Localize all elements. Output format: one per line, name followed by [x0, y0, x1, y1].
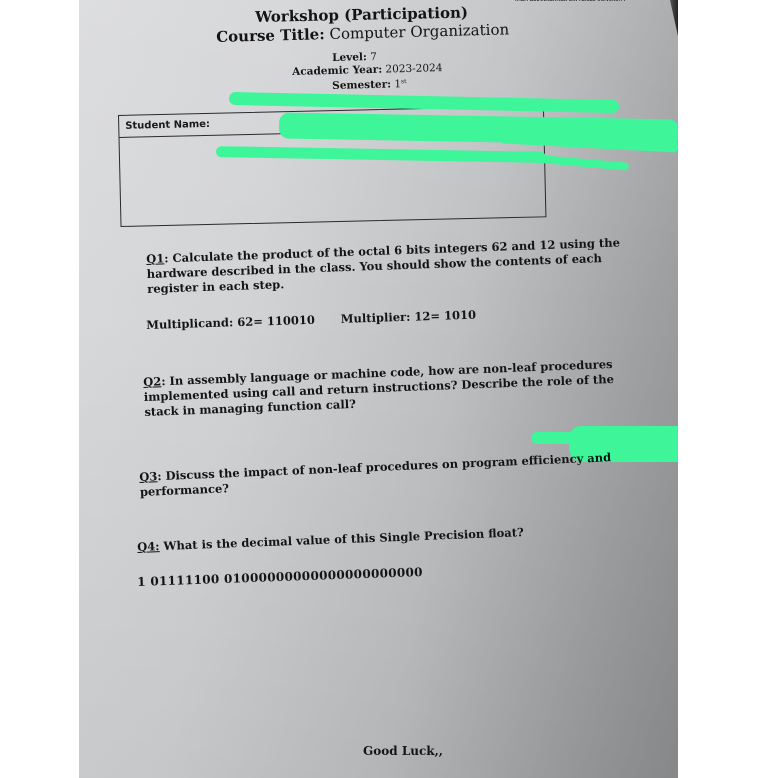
- course-value: Computer Organization: [329, 20, 509, 43]
- exam-paper: IMAM ABDULRAHMAN BIN FAISAL UNIVERSITY W…: [79, 0, 678, 778]
- question-2: Q2: In assembly language or machine code…: [143, 357, 615, 420]
- semester-label: Semester:: [332, 78, 391, 92]
- level-value: 7: [370, 51, 377, 63]
- question-number: Q4:: [137, 539, 160, 554]
- q1-operands: Multiplicand: 62= 110010Multiplier: 12= …: [146, 308, 476, 332]
- semester-suffix: st: [401, 78, 407, 85]
- question-number: Q3: [139, 469, 158, 484]
- question-number: Q1: [146, 251, 165, 266]
- question-4: Q4: What is the decimal value of this Si…: [137, 525, 524, 555]
- multiplicand: Multiplicand: 62= 110010: [146, 313, 315, 332]
- question-3: Q3: Discuss the impact of non-leaf proce…: [139, 450, 612, 500]
- float-bit-pattern: 1 01111100 01000000000000000000000: [137, 565, 423, 589]
- multiplier: Multiplier: 12= 1010: [341, 308, 477, 326]
- paper-corner-fold: [670, 0, 678, 36]
- closing-text: Good Luck,,: [363, 744, 443, 758]
- question-number: Q2: [143, 374, 162, 389]
- level-label: Level:: [332, 51, 367, 64]
- level-line: Level: 7: [332, 51, 377, 64]
- university-header: IMAM ABDULRAHMAN BIN FAISAL UNIVERSITY: [515, 0, 626, 2]
- course-label: Course Title:: [216, 25, 325, 46]
- question-1: Q1: Calculate the product of the octal 6…: [146, 236, 597, 297]
- year-label: Academic Year:: [292, 64, 382, 78]
- academic-year-line: Academic Year: 2023-2024: [292, 62, 443, 78]
- year-value: 2023-2024: [385, 62, 442, 75]
- question-text: What is the decimal value of this Single…: [163, 525, 524, 553]
- semester-line: Semester: 1st: [332, 78, 407, 92]
